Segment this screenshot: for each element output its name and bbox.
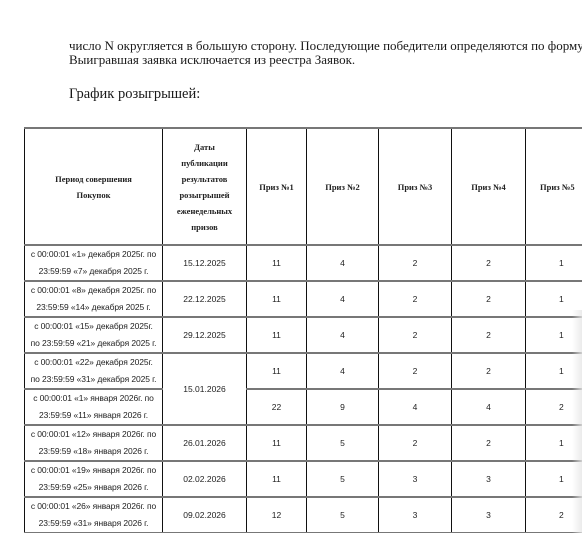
prize-2-count: 4 <box>307 353 379 389</box>
table-row: с 00:00:01 «1» декабря 2025г. по23:59:59… <box>25 245 582 281</box>
period-line: 23:59:59 «31» января 2026 г. <box>25 515 162 532</box>
period-line: с 00:00:01 «22» декабря 2025г. <box>25 354 162 371</box>
prize-4-count: 3 <box>452 497 526 533</box>
period-line: с 00:00:01 «12» января 2026г. по <box>25 426 162 443</box>
prize-2-count: 9 <box>307 389 379 425</box>
prize-3-count: 4 <box>379 389 452 425</box>
table-row: с 00:00:01 «15» декабря 2025г.по 23:59:5… <box>25 317 582 353</box>
table-row: с 00:00:01 «8» декабря 2025г. по23:59:59… <box>25 281 582 317</box>
prize-2-count: 5 <box>307 497 379 533</box>
prize-1-count: 11 <box>247 281 307 317</box>
header-prize-4: Приз №4 <box>452 128 526 245</box>
header-publication-date: Даты публикации результатов розыгрышей е… <box>163 128 247 245</box>
table-header-row: Период совершения Покупок Даты публикаци… <box>25 128 582 245</box>
paragraph-line: Выигравшая заявка исключается из реестра… <box>69 53 582 67</box>
period-cell: с 00:00:01 «22» декабря 2025г.по 23:59:5… <box>25 353 163 389</box>
prize-2-count: 5 <box>307 461 379 497</box>
period-line: с 00:00:01 «19» января 2026г. по <box>25 462 162 479</box>
period-line: по 23:59:59 «21» декабря 2025 г. <box>25 335 162 352</box>
period-cell: с 00:00:01 «1» января 2026г. по23:59:59 … <box>25 389 163 425</box>
period-line: 23:59:59 «25» января 2026 г. <box>25 479 162 496</box>
period-line: 23:59:59 «18» января 2026 г. <box>25 443 162 460</box>
prize-4-count: 2 <box>452 281 526 317</box>
prize-3-count: 3 <box>379 497 452 533</box>
table-row: с 00:00:01 «19» января 2026г. по23:59:59… <box>25 461 582 497</box>
prize-4-count: 4 <box>452 389 526 425</box>
prize-1-count: 11 <box>247 353 307 389</box>
draw-schedule-table: Период совершения Покупок Даты публикаци… <box>24 127 582 533</box>
publication-date-cell: 22.12.2025 <box>163 281 247 317</box>
prize-1-count: 11 <box>247 461 307 497</box>
prize-3-count: 2 <box>379 281 452 317</box>
prize-1-count: 11 <box>247 245 307 281</box>
period-line: по 23:59:59 «31» декабря 2025 г. <box>25 371 162 388</box>
prize-2-count: 4 <box>307 281 379 317</box>
prize-5-count: 1 <box>526 353 582 389</box>
period-line: 23:59:59 «14» декабря 2025 г. <box>25 299 162 316</box>
prize-1-count: 11 <box>247 425 307 461</box>
prize-3-count: 2 <box>379 317 452 353</box>
prize-4-count: 2 <box>452 425 526 461</box>
prize-3-count: 2 <box>379 245 452 281</box>
prize-2-count: 4 <box>307 245 379 281</box>
publication-date-cell: 29.12.2025 <box>163 317 247 353</box>
period-line: 23:59:59 «11» января 2026 г. <box>25 407 162 424</box>
period-line: 23:59:59 «7» декабря 2025 г. <box>25 263 162 280</box>
prize-5-count: 1 <box>526 461 582 497</box>
prize-4-count: 2 <box>452 317 526 353</box>
table-row: с 00:00:01 «26» января 2026г. по23:59:59… <box>25 497 582 533</box>
header-prize-3: Приз №3 <box>379 128 452 245</box>
prize-3-count: 2 <box>379 353 452 389</box>
body-paragraph: число N округляется в большую сторону. П… <box>69 39 582 67</box>
table-row: с 00:00:01 «1» января 2026г. по23:59:59 … <box>25 389 582 425</box>
prize-1-count: 12 <box>247 497 307 533</box>
prize-4-count: 2 <box>452 245 526 281</box>
header-prize-1: Приз №1 <box>247 128 307 245</box>
publication-date-cell: 09.02.2026 <box>163 497 247 533</box>
prize-5-count: 2 <box>526 389 582 425</box>
prize-2-count: 5 <box>307 425 379 461</box>
period-cell: с 00:00:01 «26» января 2026г. по23:59:59… <box>25 497 163 533</box>
period-cell: с 00:00:01 «1» декабря 2025г. по23:59:59… <box>25 245 163 281</box>
prize-4-count: 2 <box>452 353 526 389</box>
prize-3-count: 3 <box>379 461 452 497</box>
prize-4-count: 3 <box>452 461 526 497</box>
prize-2-count: 4 <box>307 317 379 353</box>
prize-5-count: 2 <box>526 497 582 533</box>
prize-5-count: 1 <box>526 281 582 317</box>
period-cell: с 00:00:01 «12» января 2026г. по23:59:59… <box>25 425 163 461</box>
prize-5-count: 1 <box>526 317 582 353</box>
prize-5-count: 1 <box>526 425 582 461</box>
period-line: с 00:00:01 «1» января 2026г. по <box>25 390 162 407</box>
prize-5-count: 1 <box>526 245 582 281</box>
period-cell: с 00:00:01 «19» января 2026г. по23:59:59… <box>25 461 163 497</box>
table-row: с 00:00:01 «12» января 2026г. по23:59:59… <box>25 425 582 461</box>
header-prize-2: Приз №2 <box>307 128 379 245</box>
header-period: Период совершения Покупок <box>25 128 163 245</box>
table-row: с 00:00:01 «22» декабря 2025г.по 23:59:5… <box>25 353 582 389</box>
publication-date-cell: 26.01.2026 <box>163 425 247 461</box>
prize-3-count: 2 <box>379 425 452 461</box>
prize-1-count: 22 <box>247 389 307 425</box>
period-line: с 00:00:01 «1» декабря 2025г. по <box>25 246 162 263</box>
header-prize-5: Приз №5 <box>526 128 582 245</box>
period-cell: с 00:00:01 «15» декабря 2025г.по 23:59:5… <box>25 317 163 353</box>
period-line: с 00:00:01 «26» января 2026г. по <box>25 498 162 515</box>
period-line: с 00:00:01 «8» декабря 2025г. по <box>25 282 162 299</box>
period-cell: с 00:00:01 «8» декабря 2025г. по23:59:59… <box>25 281 163 317</box>
schedule-heading: График розыгрышей: <box>69 86 200 103</box>
paragraph-line: число N округляется в большую сторону. П… <box>69 39 582 53</box>
publication-date-cell: 15.01.2026 <box>163 353 247 425</box>
prize-1-count: 11 <box>247 317 307 353</box>
publication-date-cell: 15.12.2025 <box>163 245 247 281</box>
publication-date-cell: 02.02.2026 <box>163 461 247 497</box>
period-line: с 00:00:01 «15» декабря 2025г. <box>25 318 162 335</box>
